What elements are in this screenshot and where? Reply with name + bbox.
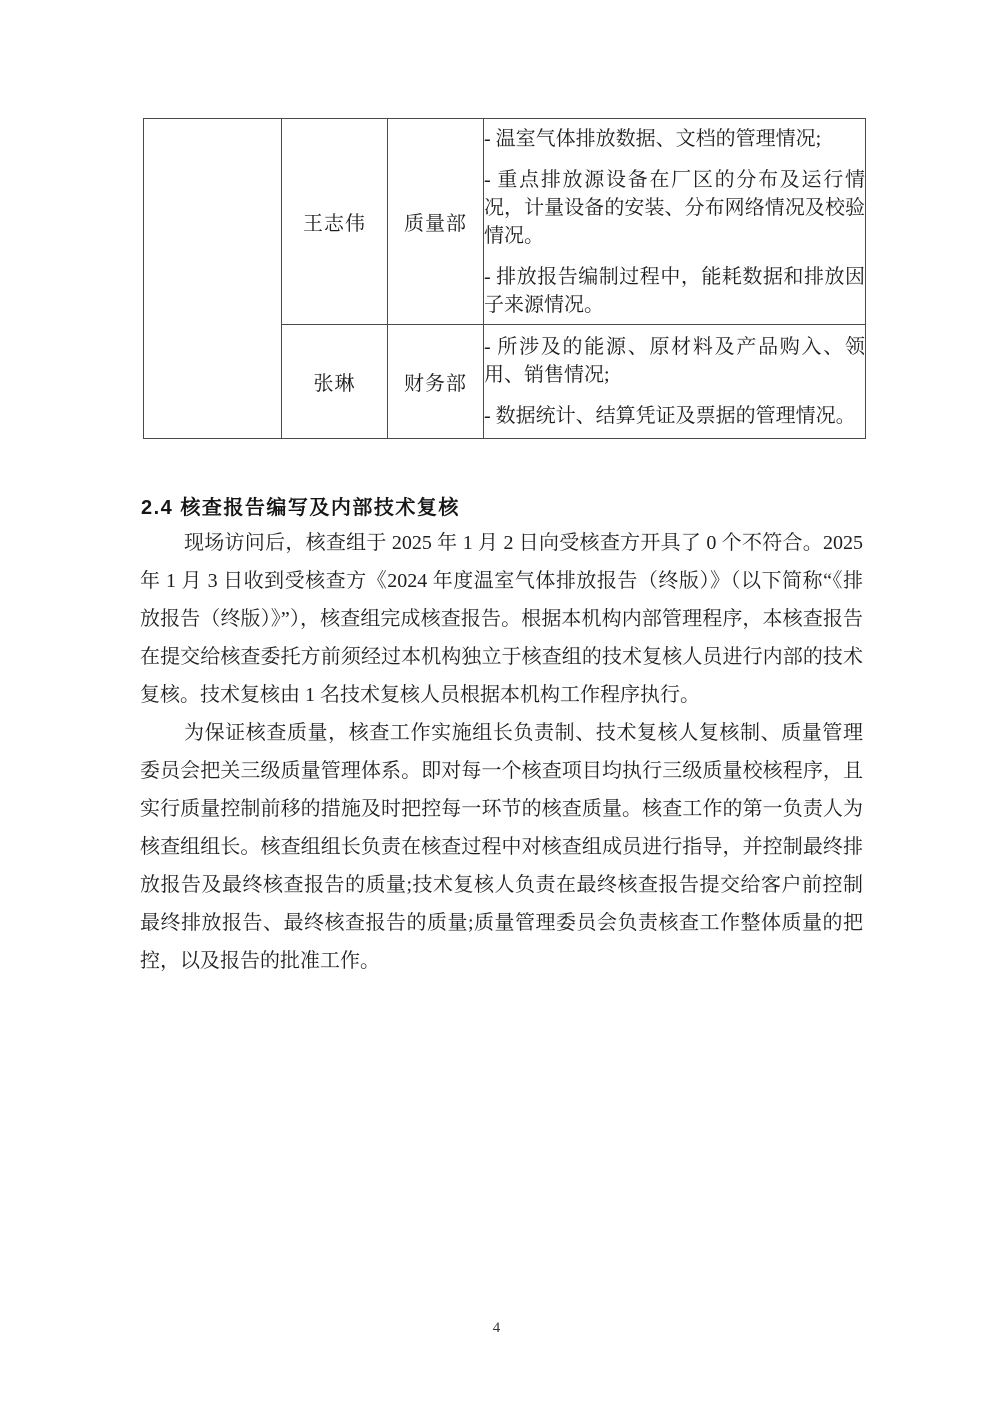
- interviewee-department: 质量部: [388, 119, 484, 325]
- interview-topic-item: - 排放报告编制过程中，能耗数据和排放因子来源情况。: [484, 263, 865, 319]
- interview-topic-item: - 重点排放源设备在厂区的分布及运行情况，计量设备的安装、分布网络情况及校验情况…: [484, 166, 865, 250]
- interviewee-name: 张琳: [282, 325, 388, 439]
- interview-topic-item: - 数据统计、结算凭证及票据的管理情况。: [484, 402, 865, 430]
- section-body: 现场访问后，核查组于 2025 年 1 月 2 日向受核查方开具了 0 个不符合…: [140, 524, 863, 980]
- interviewee-department: 财务部: [388, 325, 484, 439]
- section-heading: 2.4 核查报告编写及内部技术复核: [141, 491, 460, 520]
- interview-topics-cell: - 温室气体排放数据、文档的管理情况; - 重点排放源设备在厂区的分布及运行情况…: [484, 119, 866, 325]
- page-number: 4: [0, 1320, 993, 1337]
- interview-topics-cell: - 所涉及的能源、原材料及产品购入、领用、销售情况; - 数据统计、结算凭证及票…: [484, 325, 866, 439]
- interviewee-name: 王志伟: [282, 119, 388, 325]
- personnel-interview-table: 王志伟 质量部 - 温室气体排放数据、文档的管理情况; - 重点排放源设备在厂区…: [143, 118, 866, 439]
- interview-topic-item: - 温室气体排放数据、文档的管理情况;: [484, 125, 865, 153]
- body-paragraph: 为保证核查质量，核查工作实施组长负责制、技术复核人复核制、质量管理委员会把关三级…: [140, 714, 863, 980]
- table-row: 王志伟 质量部 - 温室气体排放数据、文档的管理情况; - 重点排放源设备在厂区…: [144, 119, 866, 325]
- body-paragraph: 现场访问后，核查组于 2025 年 1 月 2 日向受核查方开具了 0 个不符合…: [140, 524, 863, 714]
- table-cell-merged-empty: [144, 119, 282, 439]
- interview-topic-item: - 所涉及的能源、原材料及产品购入、领用、销售情况;: [484, 333, 865, 389]
- document-page: 王志伟 质量部 - 温室气体排放数据、文档的管理情况; - 重点排放源设备在厂区…: [0, 0, 993, 1404]
